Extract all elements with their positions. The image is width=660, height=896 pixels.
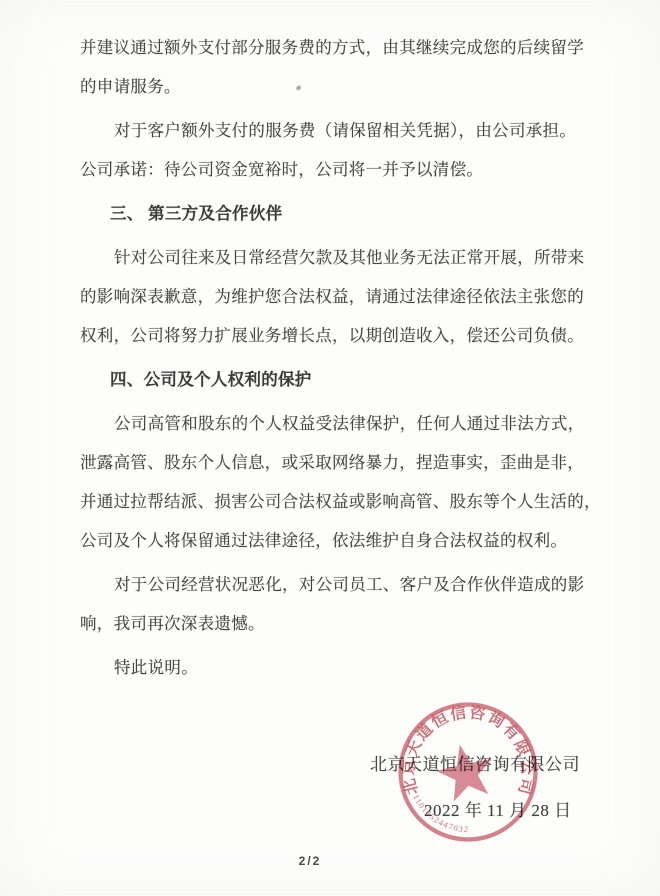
- text-line: 的申请服务。: [80, 67, 620, 106]
- text-line: 特此说明。: [80, 648, 620, 687]
- text-line: 权利，公司将努力扩展业务增长点，以期创造收入，偿还公司负债。: [80, 316, 620, 355]
- company-seal-stamp: 北京天道恒信咨询有限公司 1101052447032: [393, 697, 543, 847]
- text-line: 泄露高管、股东个人信息，或采取网络暴力，捏造事实，歪曲是非，: [80, 443, 620, 482]
- text-line: 对于公司经营状况恶化，对公司员工、客户及合作伙伴造成的影: [80, 565, 620, 604]
- text-line: 的影响深表歉意，为维护您合法权益，请通过法律途径依法主张您的: [80, 277, 620, 316]
- text-line: 公司高管和股东的个人权益受法律保护，任何人通过非法方式，: [80, 404, 620, 443]
- text-line: 公司承诺：待公司资金宽裕时，公司将一并予以清偿。: [80, 150, 620, 189]
- seal-serial-holder: 1101052447032: [411, 793, 469, 835]
- text-line: 公司及个人将保留通过法律途径，依法维护自身合法权益的权利。: [80, 521, 620, 560]
- document-body: 并建议通过额外支付部分服务费的方式，由其继续完成您的后续留学的申请服务。对于客户…: [80, 28, 620, 687]
- text-line: 并通过拉帮结派、损害公司合法权益或影响高管、股东等个人生活的，: [80, 482, 620, 521]
- scanned-document-page: 并建议通过额外支付部分服务费的方式，由其继续完成您的后续留学的申请服务。对于客户…: [0, 0, 660, 896]
- text-line: 并建议通过额外支付部分服务费的方式，由其继续完成您的后续留学: [80, 28, 620, 67]
- section-heading: 四、公司及个人权利的保护: [80, 360, 620, 399]
- page-number: 2/2: [0, 854, 620, 868]
- text-line: 针对公司往来及日常经营欠款及其他业务无法正常开展，所带来: [80, 238, 620, 277]
- text-line: 对于客户额外支付的服务费（请保留相关凭据），由公司承担。: [80, 111, 620, 150]
- text-line: 响，我司再次深表遗憾。: [80, 604, 620, 643]
- seal-serial-number: 1101052447032: [411, 793, 469, 835]
- seal-star-icon: [432, 739, 499, 804]
- section-heading: 三、 第三方及合作伙伴: [80, 194, 620, 233]
